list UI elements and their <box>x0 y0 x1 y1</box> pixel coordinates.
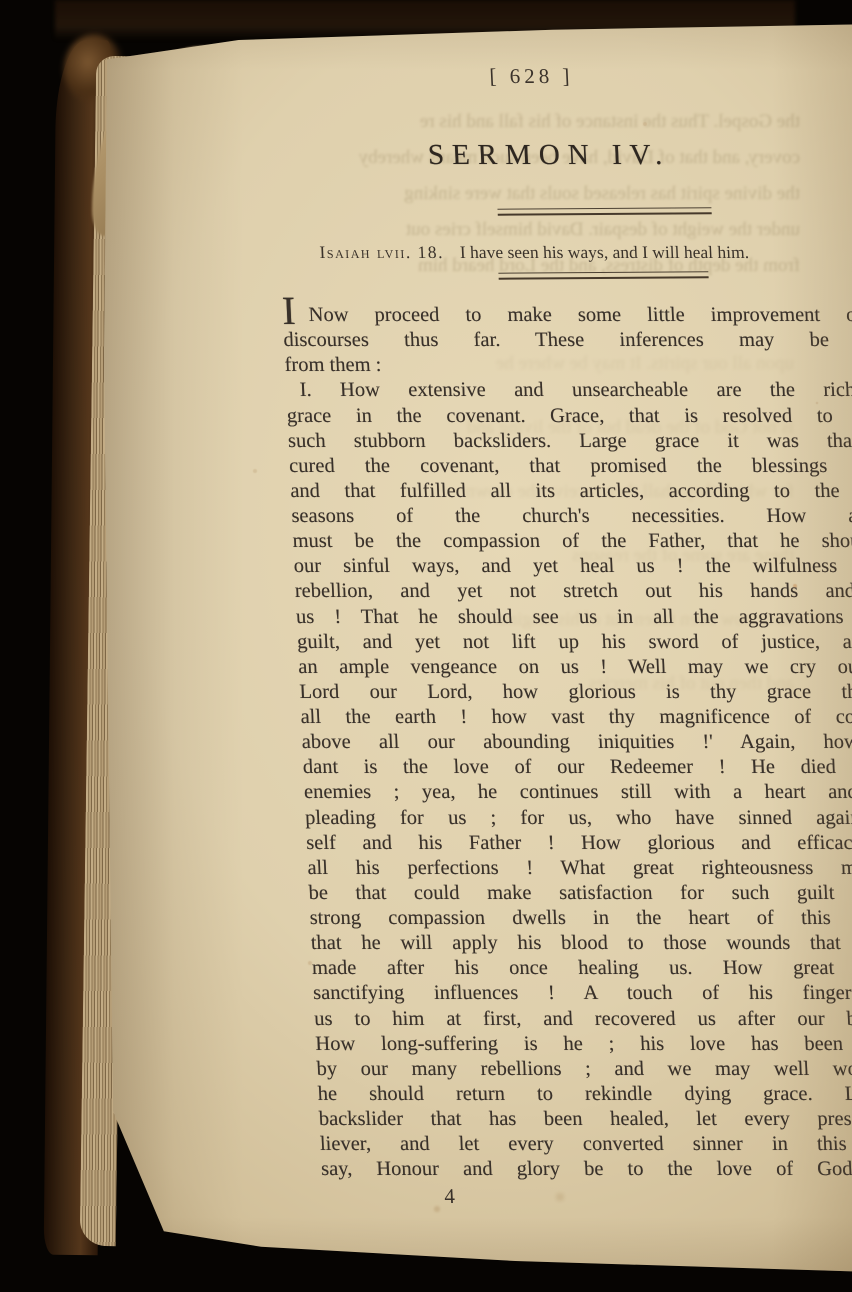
page-text-content: [ 628 ] SERMON IV. Isaiah lvii. 18.I hav… <box>268 0 852 1292</box>
scripture-text: I have seen his ways, and I will heal hi… <box>459 242 749 262</box>
book-page: the Gospel. Thus the instance of his fal… <box>104 0 852 1292</box>
body-text-line: above all our abounding iniquities !' Ag… <box>301 730 852 755</box>
book-photo-scene: the Gospel. Thus the instance of his fal… <box>0 0 852 1292</box>
body-text-line: dant is the love of our Redeemer ! He di… <box>302 755 852 780</box>
scripture-reference: Isaiah lvii. 18. <box>319 242 444 262</box>
body-text-line: sanctifying influences ! A touch of his … <box>313 981 852 1006</box>
page-number: [ 628 ] <box>271 64 792 89</box>
body-text-line: How long-suffering is he ; his love has … <box>315 1032 852 1057</box>
body-text: INow proceed to make some little improve… <box>282 303 852 1182</box>
body-text-line: strong compassion dwells in the heart of… <box>309 906 852 931</box>
body-text-line: rebellion, and yet not stretch out his h… <box>294 579 852 604</box>
body-text-line: guilt, and yet not lift up his sword of … <box>297 630 852 655</box>
body-text-line: all the earth ! how vast thy magnificenc… <box>300 705 852 730</box>
body-text-line: cured the covenant, that promised the bl… <box>289 454 852 479</box>
body-text-line: he should return to rekindle dying grace… <box>317 1082 852 1107</box>
body-text-line: say, Honour and glory be to the love of … <box>321 1157 852 1182</box>
body-text-line: from them : <box>284 353 852 378</box>
body-text-line: backslider that has been healed, let eve… <box>318 1107 852 1132</box>
body-text-line: I. How extensive and unsearcheable are t… <box>285 378 852 403</box>
body-text-line: must be the compassion of the Father, th… <box>292 529 852 554</box>
body-text-line: made after his once healing us. How grea… <box>311 956 852 981</box>
body-text-line: grace in the covenant. Grace, that is re… <box>286 404 852 429</box>
body-text-line: by our many rebellions ; and we may well… <box>316 1057 852 1082</box>
body-text-line: an ample vengeance on us ! Well may we c… <box>298 655 852 680</box>
body-text-line: liever, and let every converted sinner i… <box>319 1132 852 1157</box>
body-text-line: us to him at first, and recovered us aft… <box>314 1007 852 1032</box>
body-text-line: Lord our Lord, how glorious is thy grace… <box>299 680 852 705</box>
double-rule-top <box>497 207 711 215</box>
body-text-line: INow proceed to make some little improve… <box>282 303 852 328</box>
body-text-line: such stubborn backsliders. Large grace i… <box>287 429 852 454</box>
body-text-line: all his perfections ! What great righteo… <box>307 856 852 881</box>
body-text-line: that he will apply his blood to those wo… <box>310 931 852 956</box>
body-text-line: seasons of the church's necessities. How… <box>291 504 852 529</box>
body-text-line: us ! That he should see us in all the ag… <box>295 605 852 630</box>
scripture-epigraph: Isaiah lvii. 18.I have seen his ways, an… <box>319 242 852 263</box>
body-text-line: discourses thus far. These inferences ma… <box>283 328 852 353</box>
body-text-line: pleading for us ; for us, who have sinne… <box>305 806 852 831</box>
drop-cap-initial: I <box>281 288 296 333</box>
body-text-line: and that fulfilled all its articles, acc… <box>290 479 852 504</box>
body-text-line: be that could make satisfaction for such… <box>308 881 852 906</box>
body-text-line: our sinful ways, and yet heal us ! the w… <box>293 554 852 579</box>
signature-mark: 4 <box>444 1184 456 1209</box>
double-rule-bottom <box>498 271 708 279</box>
sermon-title: SERMON IV. <box>274 139 823 172</box>
body-text-line: self and his Father ! How glorious and e… <box>306 831 852 856</box>
body-text-line: enemies ; yea, he continues still with a… <box>303 780 852 805</box>
